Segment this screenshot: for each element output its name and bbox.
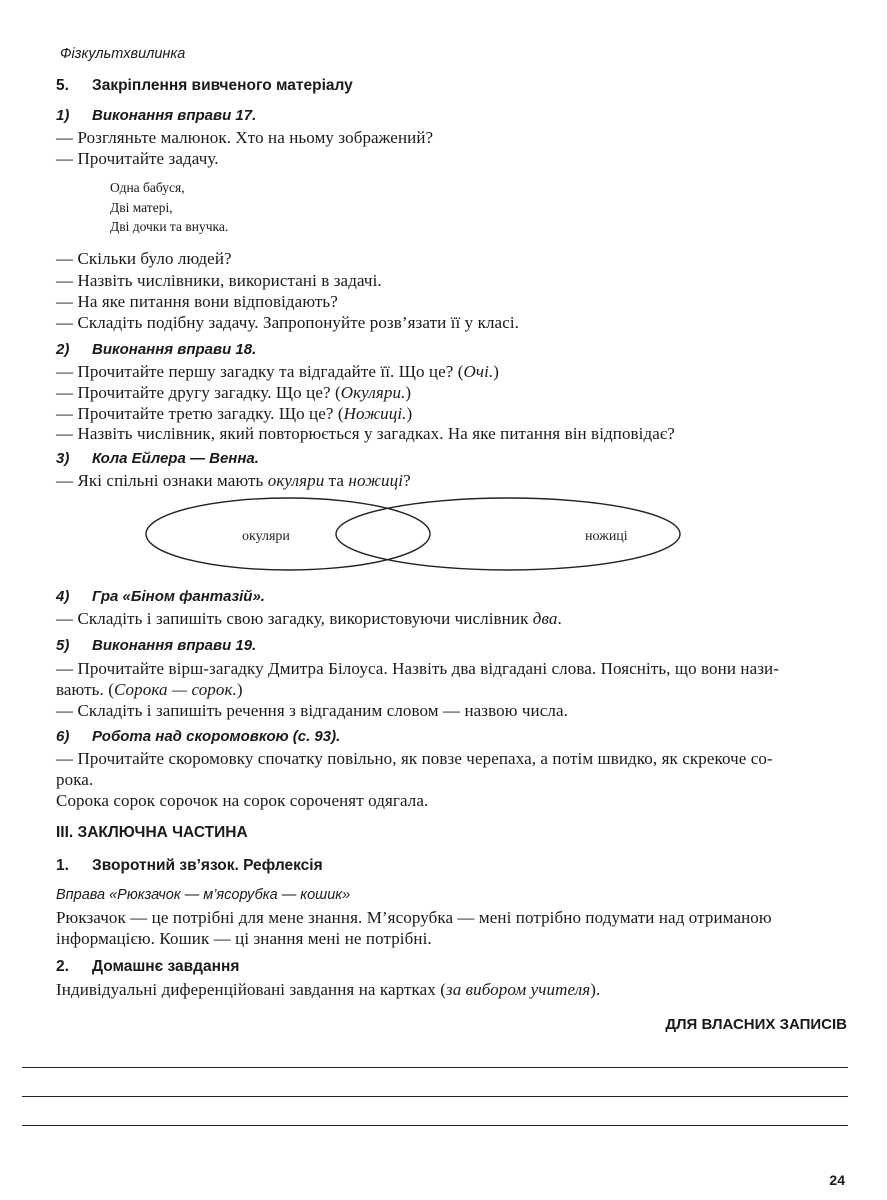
text-line: Рюкзачок — це потрібні для мене знання. … (56, 908, 772, 928)
poem-line: Дві матері, (110, 200, 173, 216)
text-line: — Скільки було людей? (56, 249, 232, 269)
text-line: — Прочитайте вірш-загадку Дмитра Білоуса… (56, 659, 779, 679)
venn-right-label: ножиці (585, 529, 628, 544)
notes-line (22, 1096, 848, 1097)
page-number: 24 (829, 1172, 845, 1188)
section-number: 5. (56, 77, 92, 95)
text-line: — На яке питання вони відповідають? (56, 292, 338, 312)
subsection-heading: 2)Виконання вправи 18. (56, 341, 256, 358)
text-line: — Прочитайте першу загадку та відгадайте… (56, 362, 499, 382)
venn-diagram: окуляри ножиці (140, 488, 740, 578)
text-line: — Назвіть числівники, використані в зада… (56, 271, 382, 291)
notes-line (22, 1125, 848, 1126)
section-title: Закріплення вивченого матеріалу (92, 77, 353, 94)
subsection-heading: 1)Виконання вправи 17. (56, 107, 256, 124)
notes-heading: ДЛЯ ВЛАСНИХ ЗАПИСІВ (665, 1016, 847, 1033)
part-heading: III. ЗАКЛЮЧНА ЧАСТИНА (56, 824, 248, 842)
intro-label: Фізкультхвилинка (60, 46, 185, 62)
poem-line: Дві дочки та внучка. (110, 219, 228, 235)
section-heading: 5.Закріплення вивченого матеріалу (56, 77, 353, 95)
tongue-twister: Сорока сорок сорочок на сорок сороченят … (56, 791, 428, 811)
text-line: — Складіть і запишіть речення з відгадан… (56, 701, 568, 721)
subsection-heading: 5)Виконання вправи 19. (56, 637, 256, 654)
text-line: — Прочитайте задачу. (56, 149, 219, 169)
notes-line (22, 1067, 848, 1068)
text-line: вають. (Сорока — сорок.) (56, 680, 243, 700)
text-line: рока. (56, 770, 93, 790)
exercise-label: Вправа «Рюкзачок — м’ясорубка — кошик» (56, 887, 350, 903)
venn-right-ellipse (336, 498, 680, 570)
poem-line: Одна бабуся, (110, 180, 185, 196)
text-line: — Прочитайте другу загадку. Що це? (Окул… (56, 383, 411, 403)
text-line: — Назвіть числівник, який повторюється у… (56, 424, 675, 444)
text-line: — Розгляньте малюнок. Хто на ньому зобра… (56, 128, 433, 148)
section-heading: 2.Домашнє завдання (56, 958, 239, 976)
text-line: — Прочитайте третю загадку. Що це? (Ножи… (56, 404, 412, 424)
venn-left-label: окуляри (242, 529, 290, 544)
text-line: — Прочитайте скоромовку спочатку повільн… (56, 749, 773, 769)
text-line: Індивідуальні диференційовані завдання н… (56, 980, 600, 1000)
subsection-heading: 6)Робота над скоромовкою (с. 93). (56, 728, 340, 745)
text-line: — Складіть і запишіть свою загадку, вико… (56, 609, 562, 629)
text-line: інформацією. Кошик — ці знання мені не п… (56, 929, 432, 949)
subsection-heading: 4)Гра «Біном фантазій». (56, 588, 265, 605)
text-line: — Складіть подібну задачу. Запропонуйте … (56, 313, 519, 333)
section-heading: 1.Зворотний зв’язок. Рефлексія (56, 857, 323, 875)
subsection-heading: 3)Кола Ейлера — Венна. (56, 450, 259, 467)
